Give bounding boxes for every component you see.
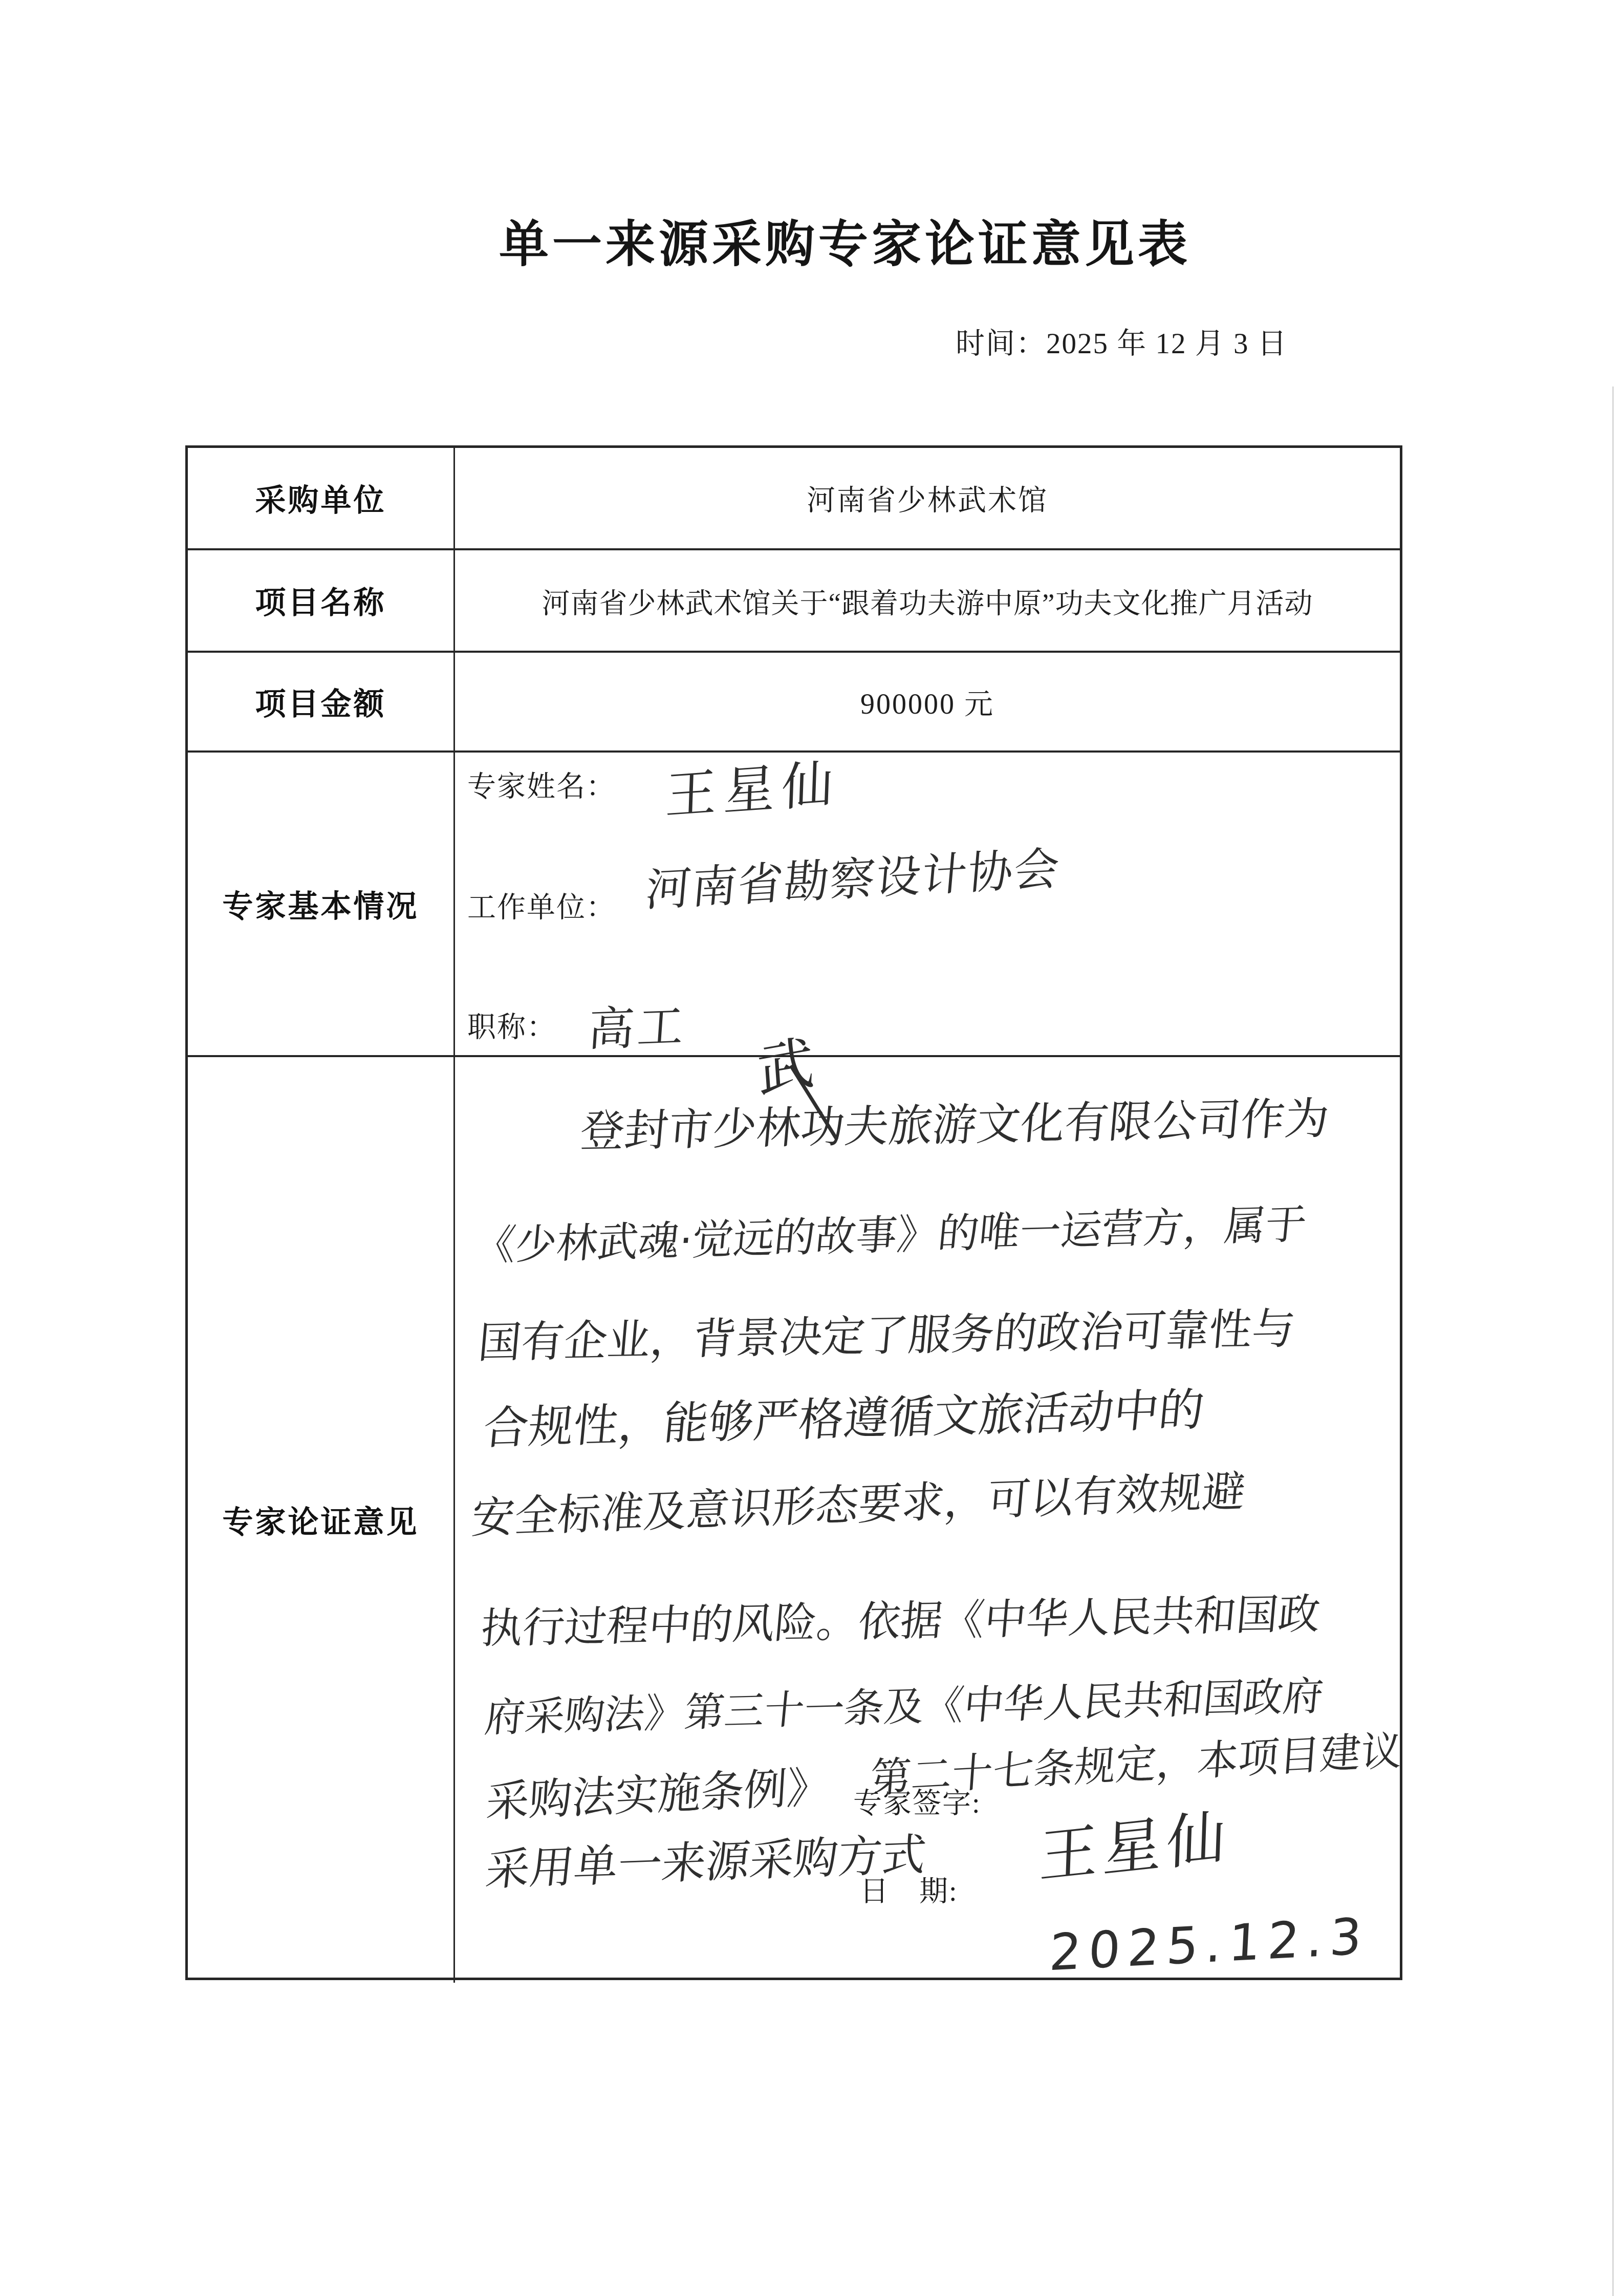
purchasing-unit-label: 采购单位 xyxy=(188,448,455,550)
expert-name-label: 专家姓名： xyxy=(467,764,616,805)
document-time-line: 时间：2025 年 12 月 3 日 xyxy=(956,320,1288,362)
opinion-label: 专家论证意见 xyxy=(188,1057,455,1983)
project-amount-value: 900000 元 xyxy=(455,653,1400,753)
project-name-value: 河南省少林武术馆关于“跟着功夫游中原”功夫文化推广月活动 xyxy=(455,550,1400,653)
project-name-label: 项目名称 xyxy=(188,550,455,653)
expert-job-title-label: 职称： xyxy=(467,1004,556,1045)
scan-page-edge-line xyxy=(1612,387,1614,2296)
purchasing-unit-value: 河南省少林武术馆 xyxy=(455,448,1400,550)
opinion-form-table: 采购单位 河南省少林武术馆 项目名称 河南省少林武术馆关于“跟着功夫游中原”功夫… xyxy=(185,445,1402,1980)
scanned-document-page: 单一来源采购专家论证意见表 时间：2025 年 12 月 3 日 采购单位 河南… xyxy=(0,0,1624,2296)
page-title: 单一来源采购专家论证意见表 xyxy=(499,204,1191,275)
opinion-cell xyxy=(455,1057,1400,1983)
expert-unit-label: 工作单位： xyxy=(467,885,616,926)
expert-info-cell: 专家姓名： 工作单位： 职称： xyxy=(455,753,1400,1057)
expert-info-label: 专家基本情况 xyxy=(188,753,455,1057)
project-amount-label: 项目金额 xyxy=(188,653,455,753)
